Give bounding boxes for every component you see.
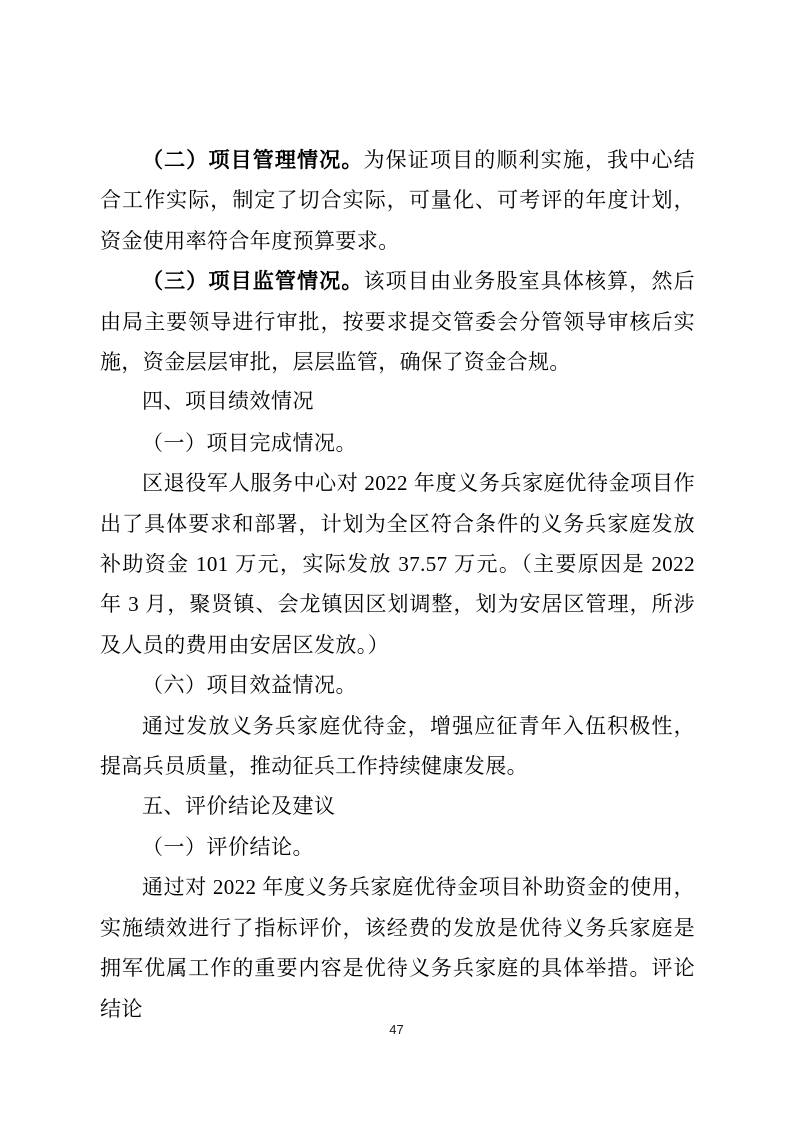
subheading-project-completion: （一）项目完成情况。 xyxy=(100,423,695,463)
heading-section-4-performance: 四、项目绩效情况 xyxy=(100,382,695,422)
paragraph-body-text: 通过对 2022 年度义务兵家庭优待金项目补助资金的使用，实施绩效进行了指标评价… xyxy=(100,875,695,1020)
subheading-evaluation-conclusion: （一）评价结论。 xyxy=(100,827,695,867)
heading-section-5-conclusion: 五、评价结论及建议 xyxy=(100,787,695,827)
paragraph-project-completion: 区退役军人服务中心对 2022 年度义务兵家庭优待金项目作出了具体要求和部署，计… xyxy=(100,463,695,665)
paragraph-lead-label: （三）项目监管情况。 xyxy=(142,269,364,293)
paragraph-body-text: 通过发放义务兵家庭优待金，增强应征青年入伍积极性，提高兵员质量，推动征兵工作持续… xyxy=(100,714,695,778)
page-number: 47 xyxy=(0,1022,793,1037)
paragraph-lead-label: （二）项目管理情况。 xyxy=(142,148,364,172)
paragraph-evaluation-conclusion: 通过对 2022 年度义务兵家庭优待金项目补助资金的使用，实施绩效进行了指标评价… xyxy=(100,867,695,1029)
subheading-project-benefit: （六）项目效益情况。 xyxy=(100,665,695,705)
paragraph-project-benefit: 通过发放义务兵家庭优待金，增强应征青年入伍积极性，提高兵员质量，推动征兵工作持续… xyxy=(100,706,695,787)
paragraph-project-management: （二）项目管理情况。为保证项目的顺利实施，我中心结合工作实际，制定了切合实际，可… xyxy=(100,140,695,261)
paragraph-project-supervision: （三）项目监管情况。该项目由业务股室具体核算，然后由局主要领导进行审批，按要求提… xyxy=(100,261,695,382)
document-page: （二）项目管理情况。为保证项目的顺利实施，我中心结合工作实际，制定了切合实际，可… xyxy=(0,0,793,1122)
paragraph-body-text: 区退役军人服务中心对 2022 年度义务兵家庭优待金项目作出了具体要求和部署，计… xyxy=(100,471,695,657)
document-content: （二）项目管理情况。为保证项目的顺利实施，我中心结合工作实际，制定了切合实际，可… xyxy=(100,140,695,1029)
